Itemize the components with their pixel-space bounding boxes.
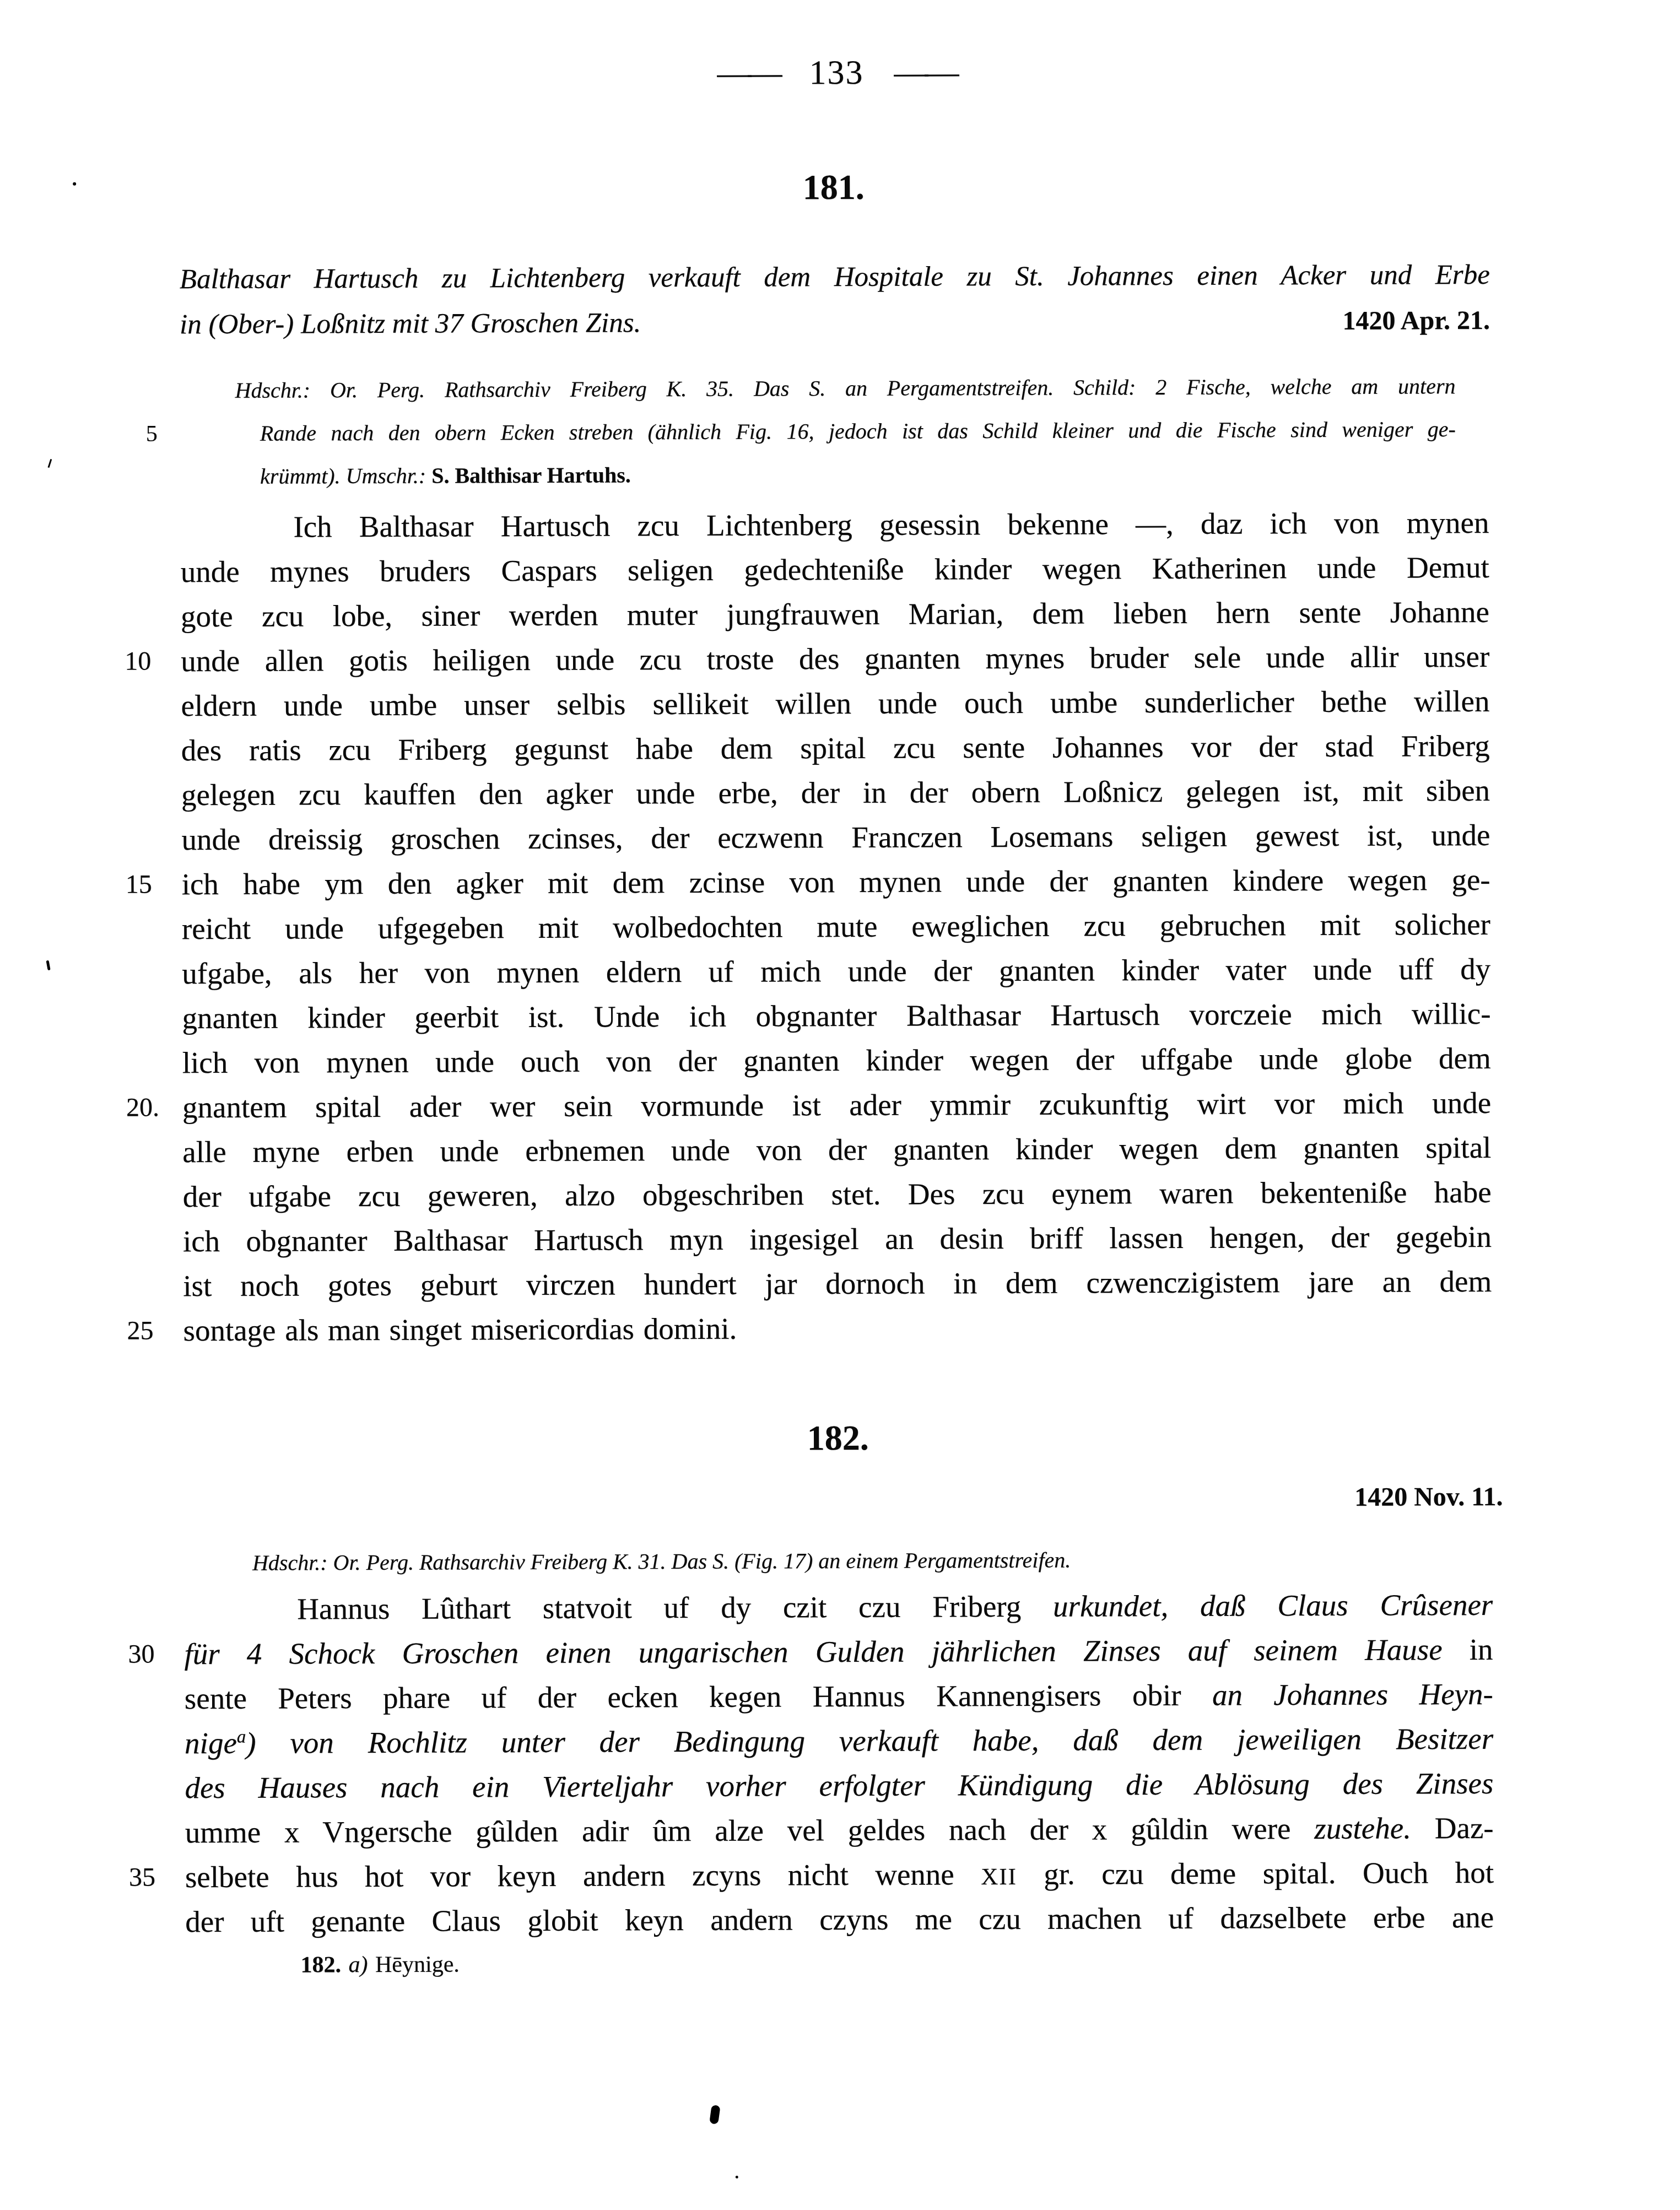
text-line: gote zcu lobe, siner werden muter jungfr… [181,590,1489,639]
ink-speck [73,182,76,186]
entry-181-source-note: Hdschr.: Or. Perg. Rathsarchiv Freiberg … [180,365,1456,498]
text-segment: ich habe ym den agker mit dem zcinse von… [181,863,1490,901]
text-line: sente Peters phare uf der ecken kegen Ha… [185,1672,1493,1721]
text-segment: selbete hus hot vor keyn andern zcyns ni… [185,1857,981,1894]
margin-line-number: 20. [126,1085,175,1130]
margin-line-number: 35 [129,1855,177,1899]
text-segment: alle myne erben unde erbnemen unde von d… [182,1131,1491,1169]
regest-line: Balthasar Hartusch zu Lichtenberg verkau… [180,252,1490,302]
text-line: Hannus Lûthart statvoit uf dy czit czu F… [184,1582,1493,1631]
text-segment: nige [185,1726,237,1760]
text-segment: urkundet, daß Claus Crûsener [1053,1588,1493,1623]
scanned-book-page: ——133—— 181. Balthasar Hartusch zu Licht… [0,0,1680,2210]
text-segment: ufgabe, als her von mynen eldern uf mich… [182,952,1490,990]
text-segment: der uft genante Claus globit keyn andern… [185,1900,1494,1938]
text-segment: Daz- [1411,1811,1494,1845]
text-segment: Hēynige. [375,1952,460,1977]
text-line: 182. a) Hēynige. [300,1944,1292,1982]
page-number: 133 [809,54,863,91]
text-line: Ich Balthasar Hartusch zcu Lichtenberg g… [180,500,1489,549]
text-segment: ist noch gotes geburt virczen hundert ja… [183,1265,1492,1303]
margin-line-number: 10 [125,639,173,683]
text-line: alle myne erben unde erbnemen unde von d… [182,1125,1491,1174]
text-line: unde dreissig groschen zcinses, der eczw… [181,813,1490,862]
text-segment: reicht unde ufgegeben mit wolbedochten m… [182,907,1490,945]
ink-blot [709,2105,720,2125]
text-segment: gnanten kinder geerbit ist. Unde ich obg… [182,997,1490,1035]
text-line: 30für 4 Schock Groschen einen ungarische… [184,1627,1493,1676]
text-line: ufgabe, als her von mynen eldern uf mich… [182,947,1490,996]
source-note-line: krümmt). Umschr.: S. Balthisar Hartuhs. [180,451,1456,498]
text-segment: XII [981,1864,1017,1890]
source-note-line: Hdschr.: Or. Perg. Rathsarchiv Freiberg … [180,365,1455,412]
text-line: der ufgabe zcu geweren, alzo obgeschribe… [182,1170,1491,1219]
text-line: 35selbete hus hot vor keyn andern zcyns … [185,1850,1494,1899]
text-segment: des ratis zcu Friberg gegunst habe dem s… [181,729,1490,767]
text-segment: umme x Vngersche gûlden adir ûm alze vel… [185,1812,1314,1849]
text-segment: Ich Balthasar Hartusch zcu Lichtenberg g… [293,506,1489,544]
entry-181-number: 181. [179,161,1488,214]
text-line: des Hauses nach ein Vierteljahr vorher e… [185,1761,1493,1810]
running-head: ——133—— [0,48,1677,98]
header-rule-left: —— [717,51,779,95]
seal-legend: S. Balthisar Hartuhs. [431,462,631,488]
ink-speck [46,960,51,971]
text-segment: der ufgabe zcu geweren, alzo obgeschribe… [182,1175,1491,1213]
text-segment: gelegen zcu kauffen den agker unde erbe,… [181,774,1490,812]
text-line: 15ich habe ym den agker mit dem zcinse v… [181,857,1490,906]
text-segment: unde dreissig groschen zcinses, der eczw… [181,818,1490,856]
entry-181-body: Ich Balthasar Hartusch zcu Lichtenberg g… [180,500,1492,1353]
text-segment: für 4 Schock Groschen einen ungarischen … [184,1633,1469,1671]
ink-speck [48,459,52,468]
text-line: der uft genante Claus globit keyn andern… [185,1895,1494,1944]
entry-182-body: Hannus Lûthart statvoit uf dy czit czu F… [184,1582,1494,1944]
text-segment: unde allen gotis heiligen unde zcu trost… [181,640,1489,678]
header-rule-right: —— [894,50,955,94]
text-segment: unde mynes bruders Caspars seligen gedec… [181,550,1489,588]
text-segment: in [1470,1633,1493,1666]
text-segment: a) [348,1952,375,1977]
text-line: reicht unde ufgegeben mit wolbedochten m… [182,902,1490,951]
text-segment: gr. czu deme spital. Ouch hot [1017,1856,1494,1891]
text-segment: eldern unde umbe unser selbis sellikeit … [181,684,1489,722]
text-segment: gote zcu lobe, siner werden muter jungfr… [181,595,1489,633]
text-line: 10unde allen gotis heiligen unde zcu tro… [181,634,1489,683]
ink-speck [736,2176,738,2179]
text-segment: 182. [300,1952,348,1977]
entry-181-regest: Balthasar Hartusch zu Lichtenberg verkau… [180,252,1490,348]
text-line: ist noch gotes geburt virczen hundert ja… [183,1259,1492,1308]
regest-line-text: in (Ober-) Loßnitz mit 37 Groschen Zins. [180,300,641,347]
text-segment: sontage als man singet misericordias dom… [183,1312,737,1348]
entry-182-number: 182. [183,1412,1492,1465]
regest-line: in (Ober-) Loßnitz mit 37 Groschen Zins.… [180,298,1490,348]
entry-182-source-note: Hdschr.: Or. Perg. Rathsarchiv Freiberg … [252,1539,1409,1582]
text-segment: ) von Rochlitz unter der Bedingung verka… [246,1722,1493,1760]
text-line: unde mynes bruders Caspars seligen gedec… [180,545,1489,594]
text-segment: sente Peters phare uf der ecken kegen Ha… [185,1678,1212,1716]
page-content: ——133—— 181. Balthasar Hartusch zu Licht… [0,0,1680,2210]
margin-line-number: 30 [128,1631,176,1676]
source-note-line: 5Rande nach den obern Ecken streben (ähn… [180,408,1456,455]
text-segment: ich obgnanter Balthasar Hartusch myn ing… [183,1220,1492,1258]
margin-line-number: 15 [125,862,174,906]
text-line: gnanten kinder geerbit ist. Unde ich obg… [182,991,1490,1040]
entry-182-date: 1420 Nov. 11. [183,1478,1503,1521]
text-line: 20.gnantem spital ader wer sein vormunde… [182,1080,1491,1130]
source-note-text: krümmt). Umschr.: [260,463,431,489]
text-segment: a [237,1727,246,1747]
text-segment: Hannus Lûthart statvoit uf dy czit czu F… [297,1590,1053,1626]
text-segment: gnantem spital ader wer sein vormunde is… [182,1086,1491,1124]
text-line: nigea) von Rochlitz unter der Bedingung … [185,1716,1493,1765]
text-line: ich obgnanter Balthasar Hartusch myn ing… [183,1214,1492,1263]
text-line: 25sontage als man singet misericordias d… [183,1304,1492,1353]
entry-181-date: 1420 Apr. 21. [1342,298,1490,344]
footnote-182a: 182. a) Hēynige. [300,1944,1292,1982]
margin-line-number: 5 [146,412,158,455]
text-segment: lich von mynen unde ouch von der gnanten… [182,1041,1491,1079]
text-line: lich von mynen unde ouch von der gnanten… [182,1036,1491,1085]
text-line: gelegen zcu kauffen den agker unde erbe,… [181,768,1490,817]
text-segment: zustehe. [1314,1811,1411,1845]
margin-line-number: 25 [127,1308,175,1353]
text-segment: an Johannes Heyn- [1212,1677,1493,1712]
text-line: umme x Vngersche gûlden adir ûm alze vel… [185,1806,1493,1855]
text-segment: des Hauses nach ein Vierteljahr vorher e… [185,1766,1493,1804]
source-note-text: Rande nach den obern Ecken streben (ähnl… [260,417,1456,446]
text-line: des ratis zcu Friberg gegunst habe dem s… [181,723,1490,772]
text-line: eldern unde umbe unser selbis sellikeit … [181,679,1489,728]
